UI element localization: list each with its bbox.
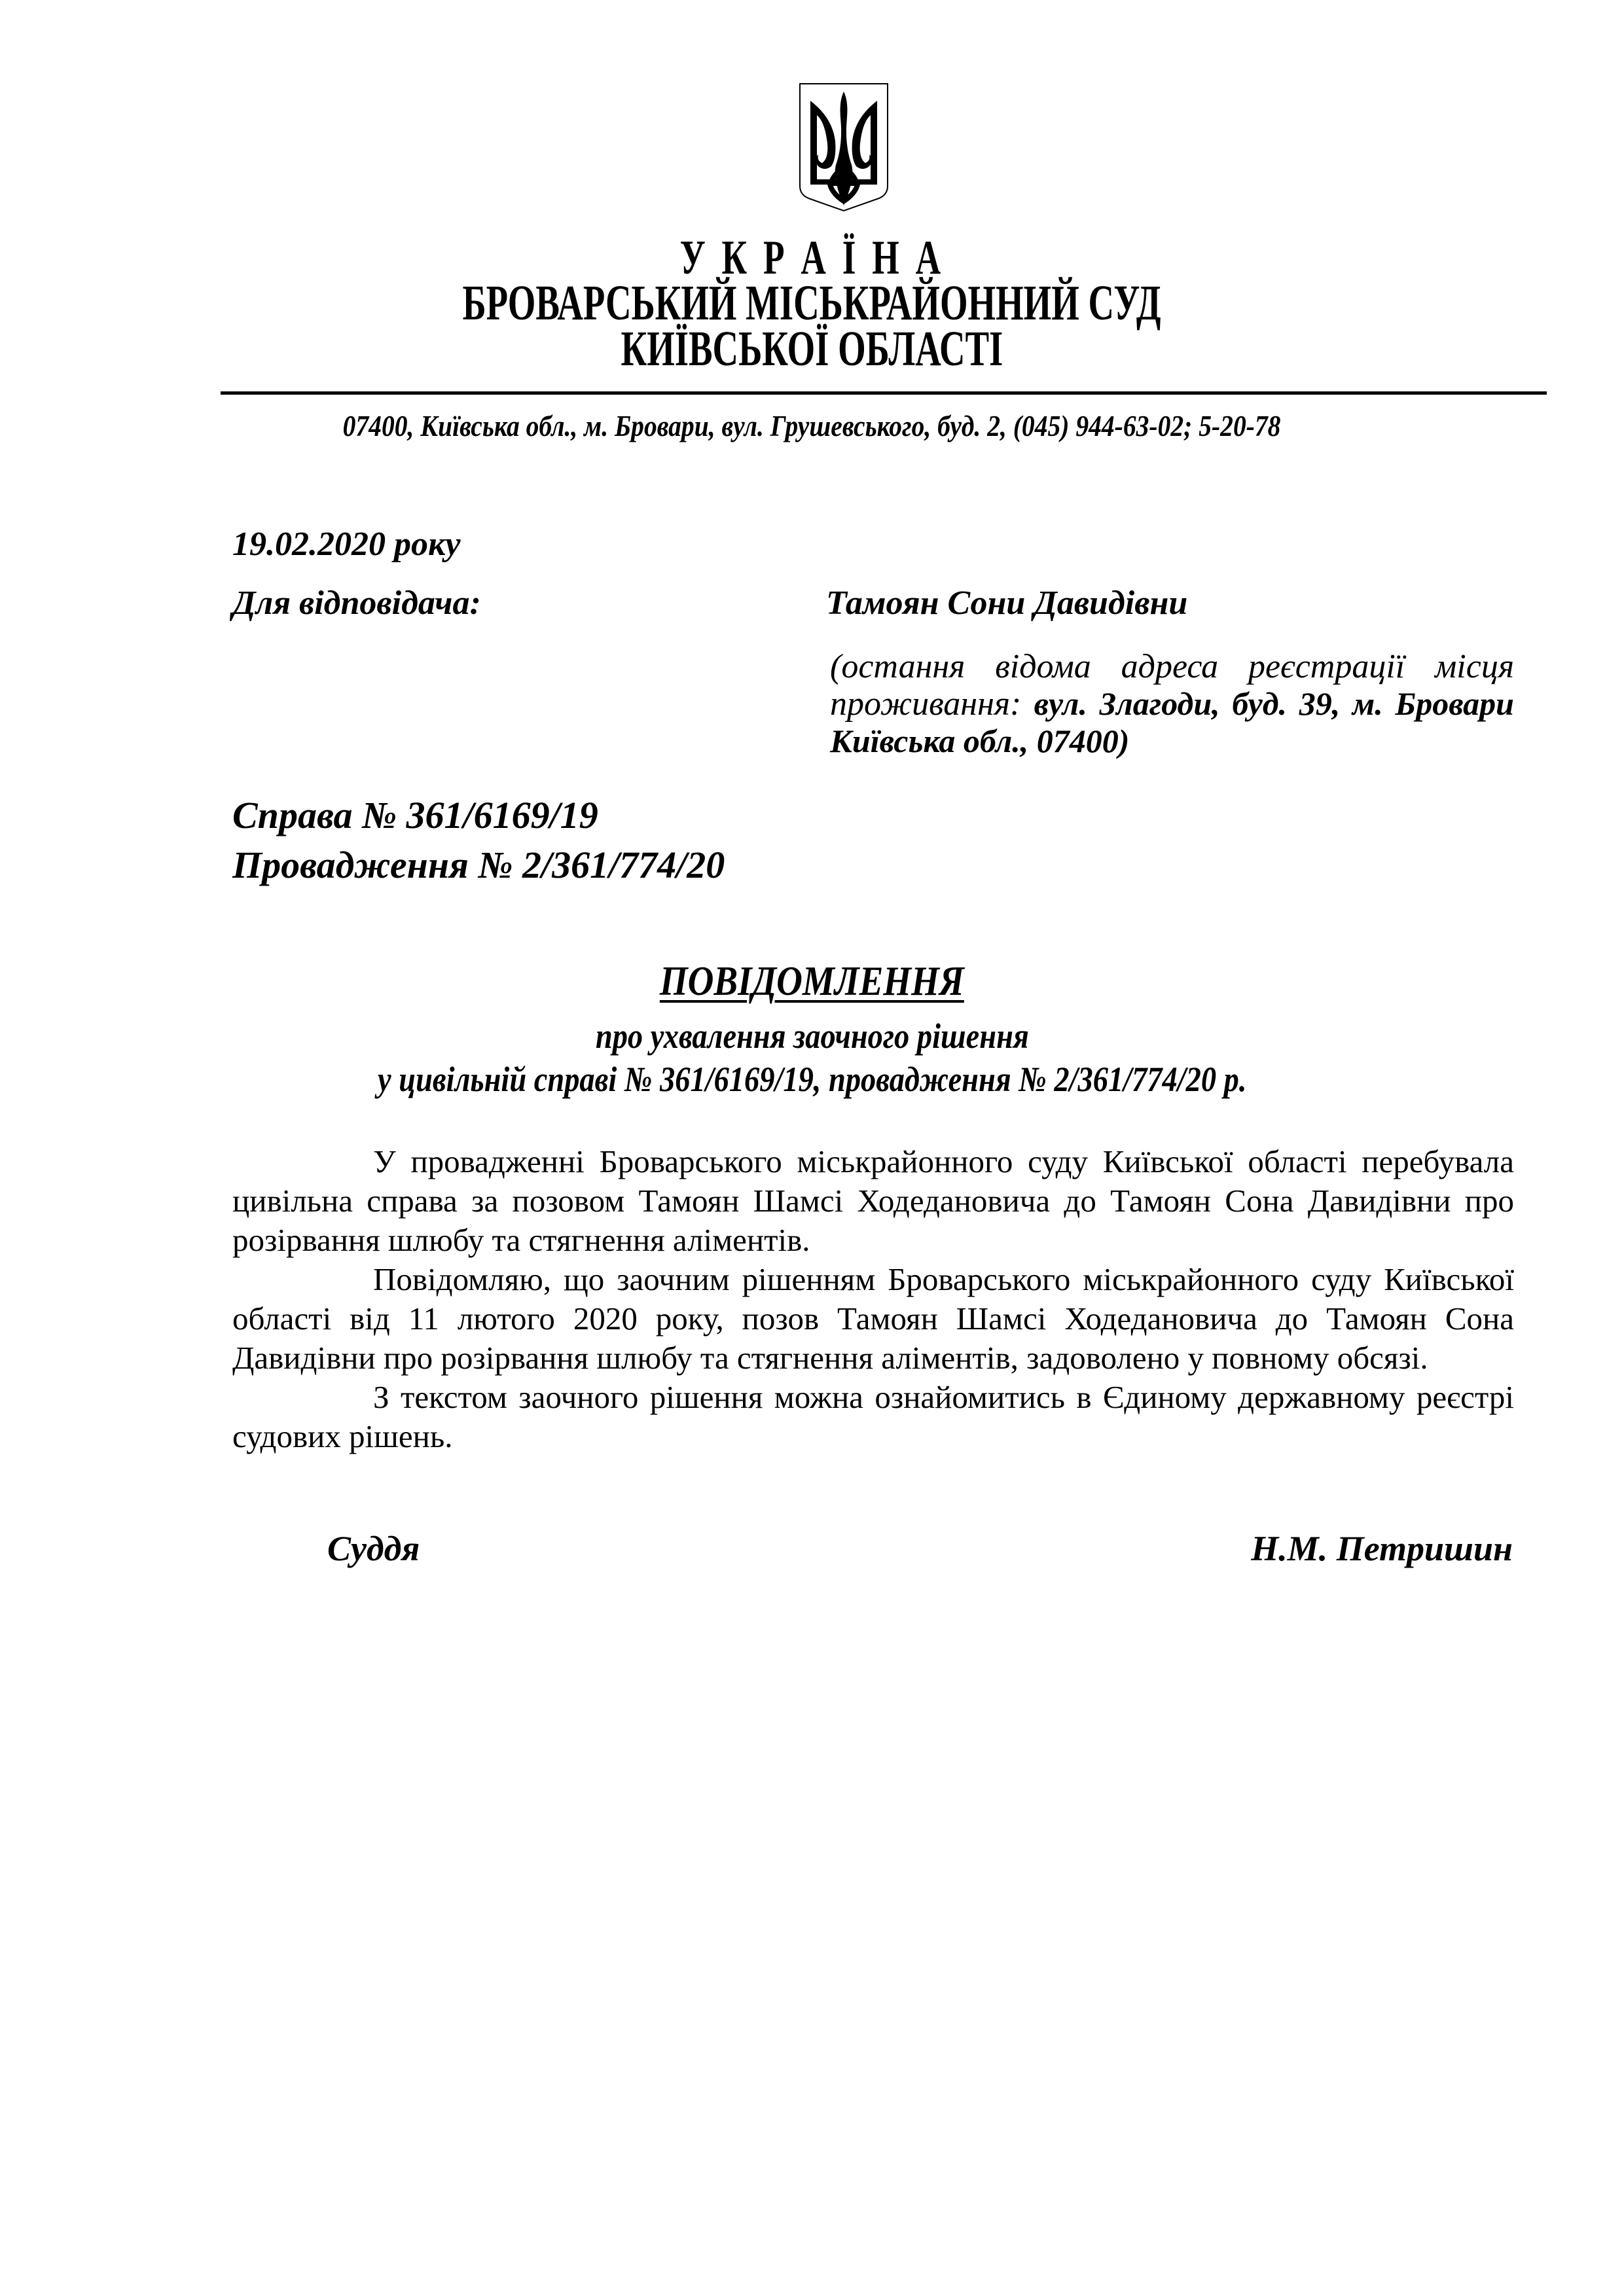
- address-line: проживання: вул. Злагоди, буд. 39, м. Бр…: [830, 685, 1514, 723]
- address-line: (остання відома адреса реєстрації місця: [830, 648, 1514, 685]
- notice-title: ПОВІДОМЛЕННЯ: [0, 957, 1624, 1005]
- coat-of-arms-icon: [799, 81, 889, 215]
- header-divider: [221, 391, 1547, 395]
- body-line: розірвання шлюбу та стягнення аліментів.: [232, 1221, 1514, 1260]
- header-region: КИЇВСЬКОЇ ОБЛАСТІ: [0, 321, 1624, 378]
- body-line: судових рішень.: [232, 1417, 1514, 1456]
- proceeding-number: Провадження № 2/361/774/20: [232, 843, 725, 887]
- recipient-label: Для відповідача:: [232, 584, 481, 622]
- body-line: З текстом заочного рішення можна ознайом…: [232, 1378, 1514, 1417]
- signature-name: Н.М. Петришин: [1251, 1528, 1513, 1569]
- notice-body: У провадженні Броварського міськрайонног…: [232, 1142, 1514, 1456]
- body-line: області від 11 лютого 2020 року, позов Т…: [232, 1299, 1514, 1338]
- body-line: Давидівни про розірвання шлюбу та стягне…: [232, 1338, 1514, 1378]
- body-line: У провадженні Броварського міськрайонног…: [232, 1142, 1514, 1181]
- body-line: Повідомляю, що заочним рішенням Броварсь…: [232, 1260, 1514, 1299]
- signature-role: Суддя: [327, 1528, 420, 1569]
- court-address: 07400, Київська обл., м. Бровари, вул. Г…: [0, 408, 1624, 443]
- case-number: Справа № 361/6169/19: [232, 793, 598, 837]
- document-date: 19.02.2020 року: [232, 525, 460, 564]
- recipient-address: (остання відома адреса реєстрації місця …: [830, 648, 1514, 760]
- body-line: цивільна справа за позовом Тамоян Шамсі …: [232, 1181, 1514, 1221]
- address-line: Київська обл., 07400): [830, 723, 1514, 760]
- notice-case-reference: у цивільній справі № 361/6169/19, провад…: [0, 1059, 1624, 1100]
- recipient-name: Тамоян Сони Давидівни: [826, 584, 1187, 622]
- notice-subtitle: про ухвалення заочного рішення: [0, 1016, 1624, 1056]
